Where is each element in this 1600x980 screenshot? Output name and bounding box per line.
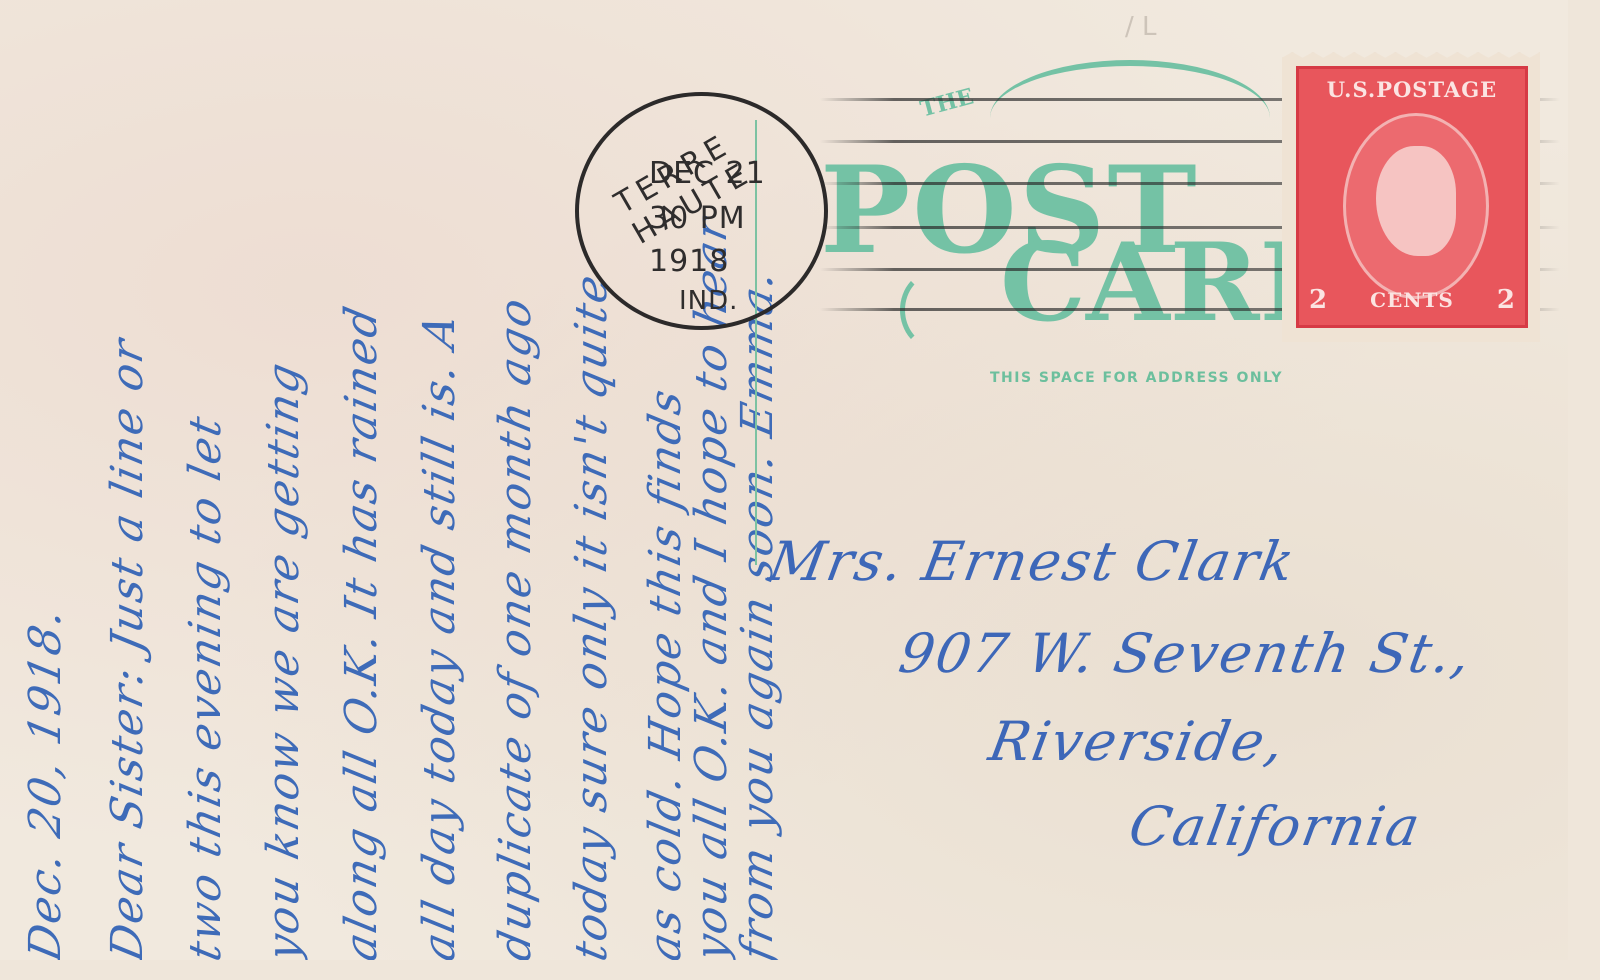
stamp-title: U.S.POSTAGE xyxy=(1299,77,1525,102)
recipient-street: 907 W. Seventh St., xyxy=(894,622,1477,685)
postmark-state: IND. xyxy=(679,286,738,316)
postmark-year: 1918 xyxy=(649,244,729,279)
message-line: you know we are getting xyxy=(258,357,309,960)
washington-portrait-icon xyxy=(1343,113,1489,299)
recipient-name: Mrs. Ernest Clark xyxy=(764,530,1300,593)
message-line: as cold. Hope this finds xyxy=(640,383,691,960)
stamp-value-right: 2 xyxy=(1497,285,1515,315)
recipient-city: Riverside, xyxy=(984,710,1290,773)
stamp-value-text: CENTS xyxy=(1370,288,1454,312)
stamp-value-left: 2 xyxy=(1309,285,1327,315)
logo-the: THE xyxy=(918,83,977,122)
stamp-denomination: 2 CENTS 2 xyxy=(1299,285,1525,315)
post-card-logo: THE POST CARD xyxy=(790,60,1290,350)
postmark-time: 30 PM xyxy=(649,201,746,236)
recipient-state: California xyxy=(1124,795,1426,858)
message-line: all day today and still is. A xyxy=(414,308,465,960)
message-line: Dear Sister: Just a line or xyxy=(102,333,153,960)
postage-stamp: U.S.POSTAGE 2 CENTS 2 xyxy=(1282,52,1540,342)
message-line: two this evening to let xyxy=(180,410,231,960)
postmark-date: DEC 21 xyxy=(649,156,766,191)
message-line: along all O.K. It has rained xyxy=(336,301,387,960)
postmark: TERRE HAUTE DEC 21 30 PM 1918 IND. xyxy=(575,92,828,330)
message-date: Dec. 20, 1918. xyxy=(20,603,71,960)
message-line: duplicate of one month ago xyxy=(490,292,541,960)
message-line: today sure only it isn't quite xyxy=(566,269,617,960)
faint-pencil-mark: / L xyxy=(1125,12,1157,42)
address-only-notice: THIS SPACE FOR ADDRESS ONLY xyxy=(990,370,1283,386)
message-line: from you again soon. Emma. xyxy=(732,265,783,960)
postcard: / L Dec. 20, 1918. Dear Sister: Just a l… xyxy=(0,0,1568,960)
